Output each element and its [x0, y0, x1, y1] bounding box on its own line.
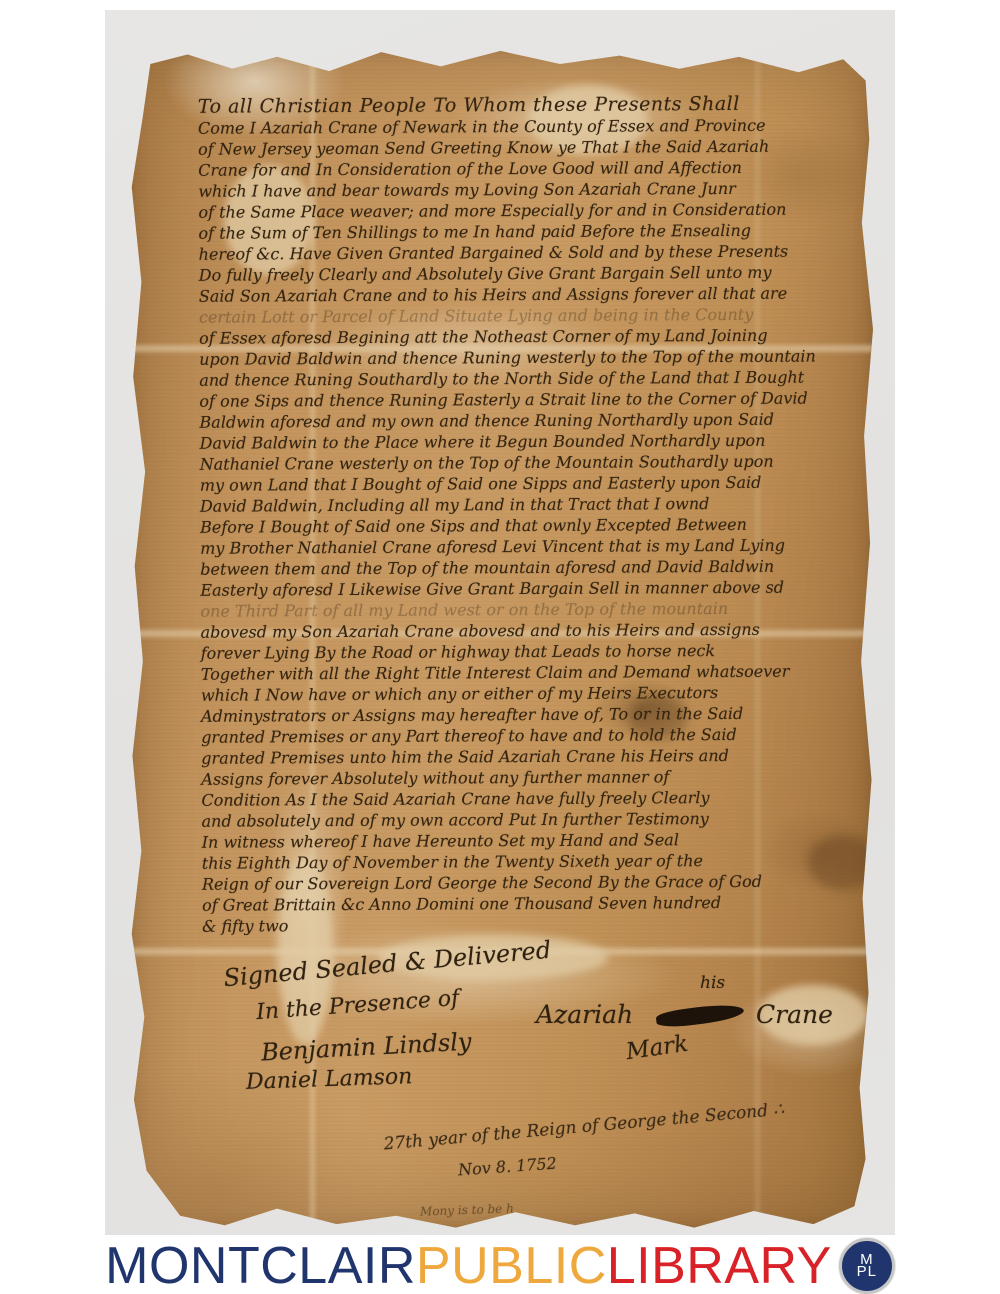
- date-annotation: Nov 8. 1752: [457, 1154, 557, 1180]
- deed-line: of the Same Place weaver; and more Espec…: [198, 198, 858, 222]
- mark-label: Mark: [624, 1031, 689, 1065]
- deed-line: certain Lott or Parcel of Land Situate L…: [199, 303, 859, 327]
- deed-line: of New Jersey yeoman Send Greeting Know …: [198, 135, 858, 159]
- logo-text-library: LIBRARY: [607, 1240, 832, 1292]
- parchment-document: To all Christian People To Whom these Pr…: [128, 45, 873, 1230]
- photo-backdrop: To all Christian People To Whom these Pr…: [105, 10, 895, 1235]
- witness-signature-2: Daniel Lamson: [246, 1064, 413, 1095]
- deed-line: Together with all the Right Title Intere…: [201, 660, 861, 684]
- signature-mark: [655, 1002, 744, 1030]
- signer-last-name: Crane: [756, 1000, 833, 1029]
- pencil-note: Mony is to be h: [420, 1201, 514, 1218]
- logo-text-montclair: MONTCLAIR: [105, 1240, 416, 1292]
- library-logo: MONTCLAIR PUBLIC LIBRARY M PL: [0, 1238, 1000, 1294]
- logo-text-public: PUBLIC: [416, 1240, 607, 1292]
- mpl-roundel-icon: M PL: [839, 1238, 895, 1294]
- signer-first-name: Azariah: [536, 1000, 633, 1029]
- his-label: his: [700, 973, 725, 993]
- deed-line: my own Land that I Bought of Said one Si…: [200, 471, 860, 495]
- deed-line: one Third Part of all my Land west or on…: [200, 597, 860, 621]
- signed-sealed-line: Signed Sealed & Delivered: [222, 936, 552, 993]
- deed-line: & fifty two: [202, 912, 862, 936]
- regnal-year-annotation: 27th year of the Reign of George the Sec…: [383, 1100, 785, 1155]
- deed-body-text: To all Christian People To Whom these Pr…: [198, 93, 862, 936]
- roundel-letters-pl: PL: [857, 1266, 877, 1278]
